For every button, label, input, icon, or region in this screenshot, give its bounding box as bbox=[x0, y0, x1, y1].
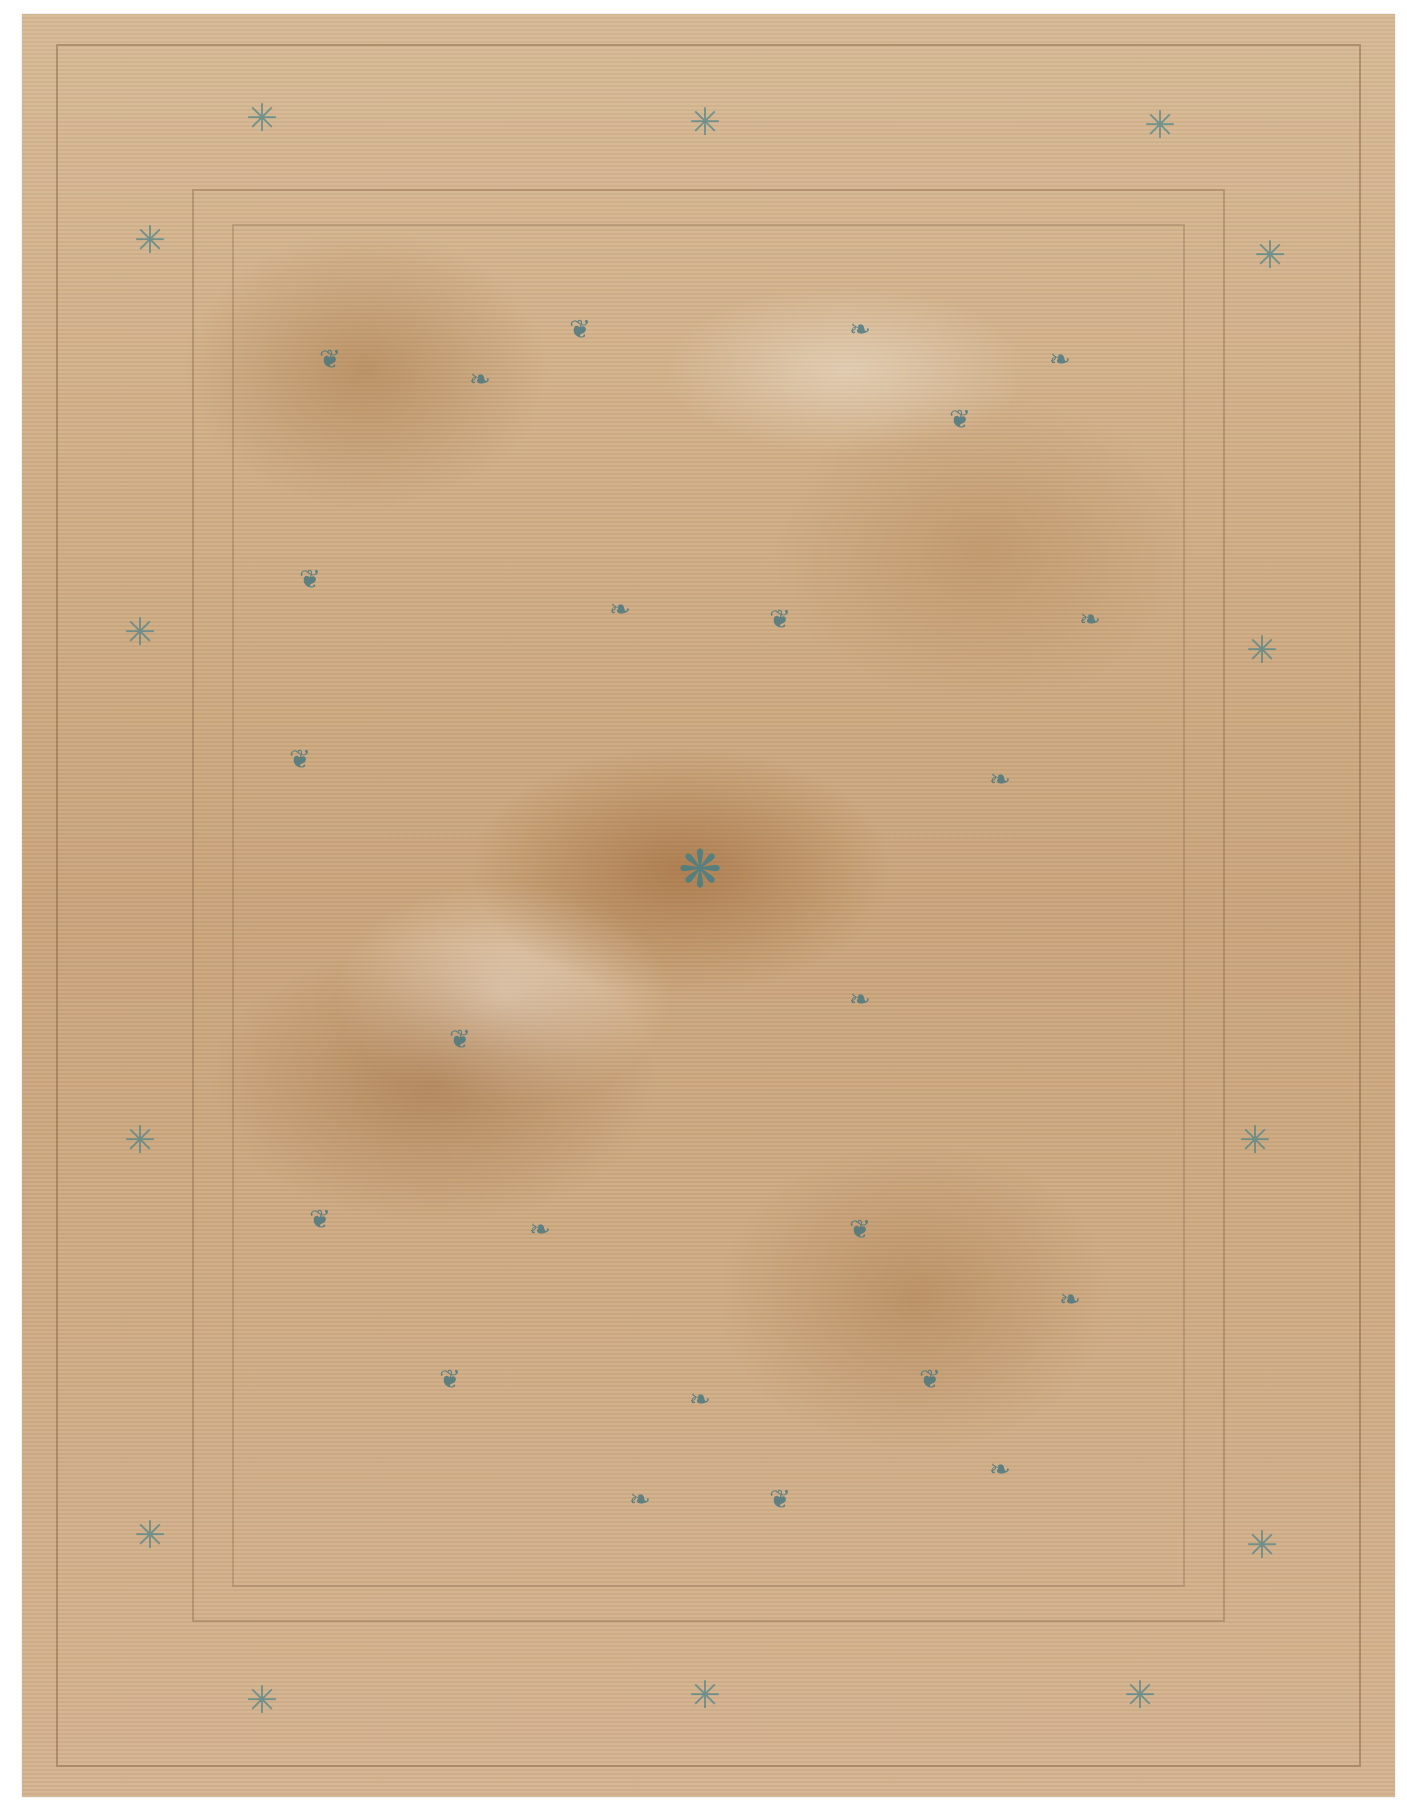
rug bbox=[22, 14, 1395, 1797]
leaf-motif-icon: ❧ bbox=[989, 1455, 1011, 1485]
leaf-motif-icon: ❦ bbox=[309, 1205, 331, 1235]
border-flower-motif-icon: ✳ bbox=[689, 1676, 721, 1714]
leaf-motif-icon: ❦ bbox=[439, 1365, 461, 1395]
leaf-motif-icon: ❧ bbox=[989, 765, 1011, 795]
leaf-motif-icon: ❦ bbox=[289, 745, 311, 775]
border-flower-motif-icon: ✳ bbox=[246, 1681, 278, 1719]
border-flower-motif-icon: ✳ bbox=[1239, 1121, 1271, 1159]
leaf-motif-icon: ❧ bbox=[849, 985, 871, 1015]
leaf-motif-icon: ❦ bbox=[769, 605, 791, 635]
field-border-line bbox=[232, 224, 1185, 1587]
leaf-motif-icon: ❦ bbox=[319, 345, 341, 375]
leaf-motif-icon: ❧ bbox=[469, 365, 491, 395]
leaf-motif-icon: ❦ bbox=[769, 1485, 791, 1515]
leaf-motif-icon: ❦ bbox=[449, 1025, 471, 1055]
leaf-motif-icon: ❦ bbox=[569, 315, 591, 345]
leaf-motif-icon: ❧ bbox=[1049, 345, 1071, 375]
leaf-motif-icon: ❧ bbox=[689, 1385, 711, 1415]
border-flower-motif-icon: ✳ bbox=[1246, 631, 1278, 669]
border-flower-motif-icon: ✳ bbox=[1144, 106, 1176, 144]
leaf-motif-icon: ❧ bbox=[849, 315, 871, 345]
leaf-motif-icon: ❧ bbox=[629, 1485, 651, 1515]
border-flower-motif-icon: ✳ bbox=[124, 1121, 156, 1159]
border-flower-motif-icon: ✳ bbox=[134, 1516, 166, 1554]
center-medallion-icon: ❋ bbox=[678, 844, 722, 896]
border-flower-motif-icon: ✳ bbox=[1254, 236, 1286, 274]
leaf-motif-icon: ❧ bbox=[1059, 1285, 1081, 1315]
leaf-motif-icon: ❦ bbox=[949, 405, 971, 435]
leaf-motif-icon: ❧ bbox=[529, 1215, 551, 1245]
leaf-motif-icon: ❦ bbox=[919, 1365, 941, 1395]
border-flower-motif-icon: ✳ bbox=[1246, 1526, 1278, 1564]
leaf-motif-icon: ❧ bbox=[609, 595, 631, 625]
border-flower-motif-icon: ✳ bbox=[124, 613, 156, 651]
border-flower-motif-icon: ✳ bbox=[246, 99, 278, 137]
border-flower-motif-icon: ✳ bbox=[1124, 1676, 1156, 1714]
leaf-motif-icon: ❦ bbox=[299, 565, 321, 595]
leaf-motif-icon: ❦ bbox=[849, 1215, 871, 1245]
border-flower-motif-icon: ✳ bbox=[134, 221, 166, 259]
border-flower-motif-icon: ✳ bbox=[689, 103, 721, 141]
leaf-motif-icon: ❧ bbox=[1079, 605, 1101, 635]
